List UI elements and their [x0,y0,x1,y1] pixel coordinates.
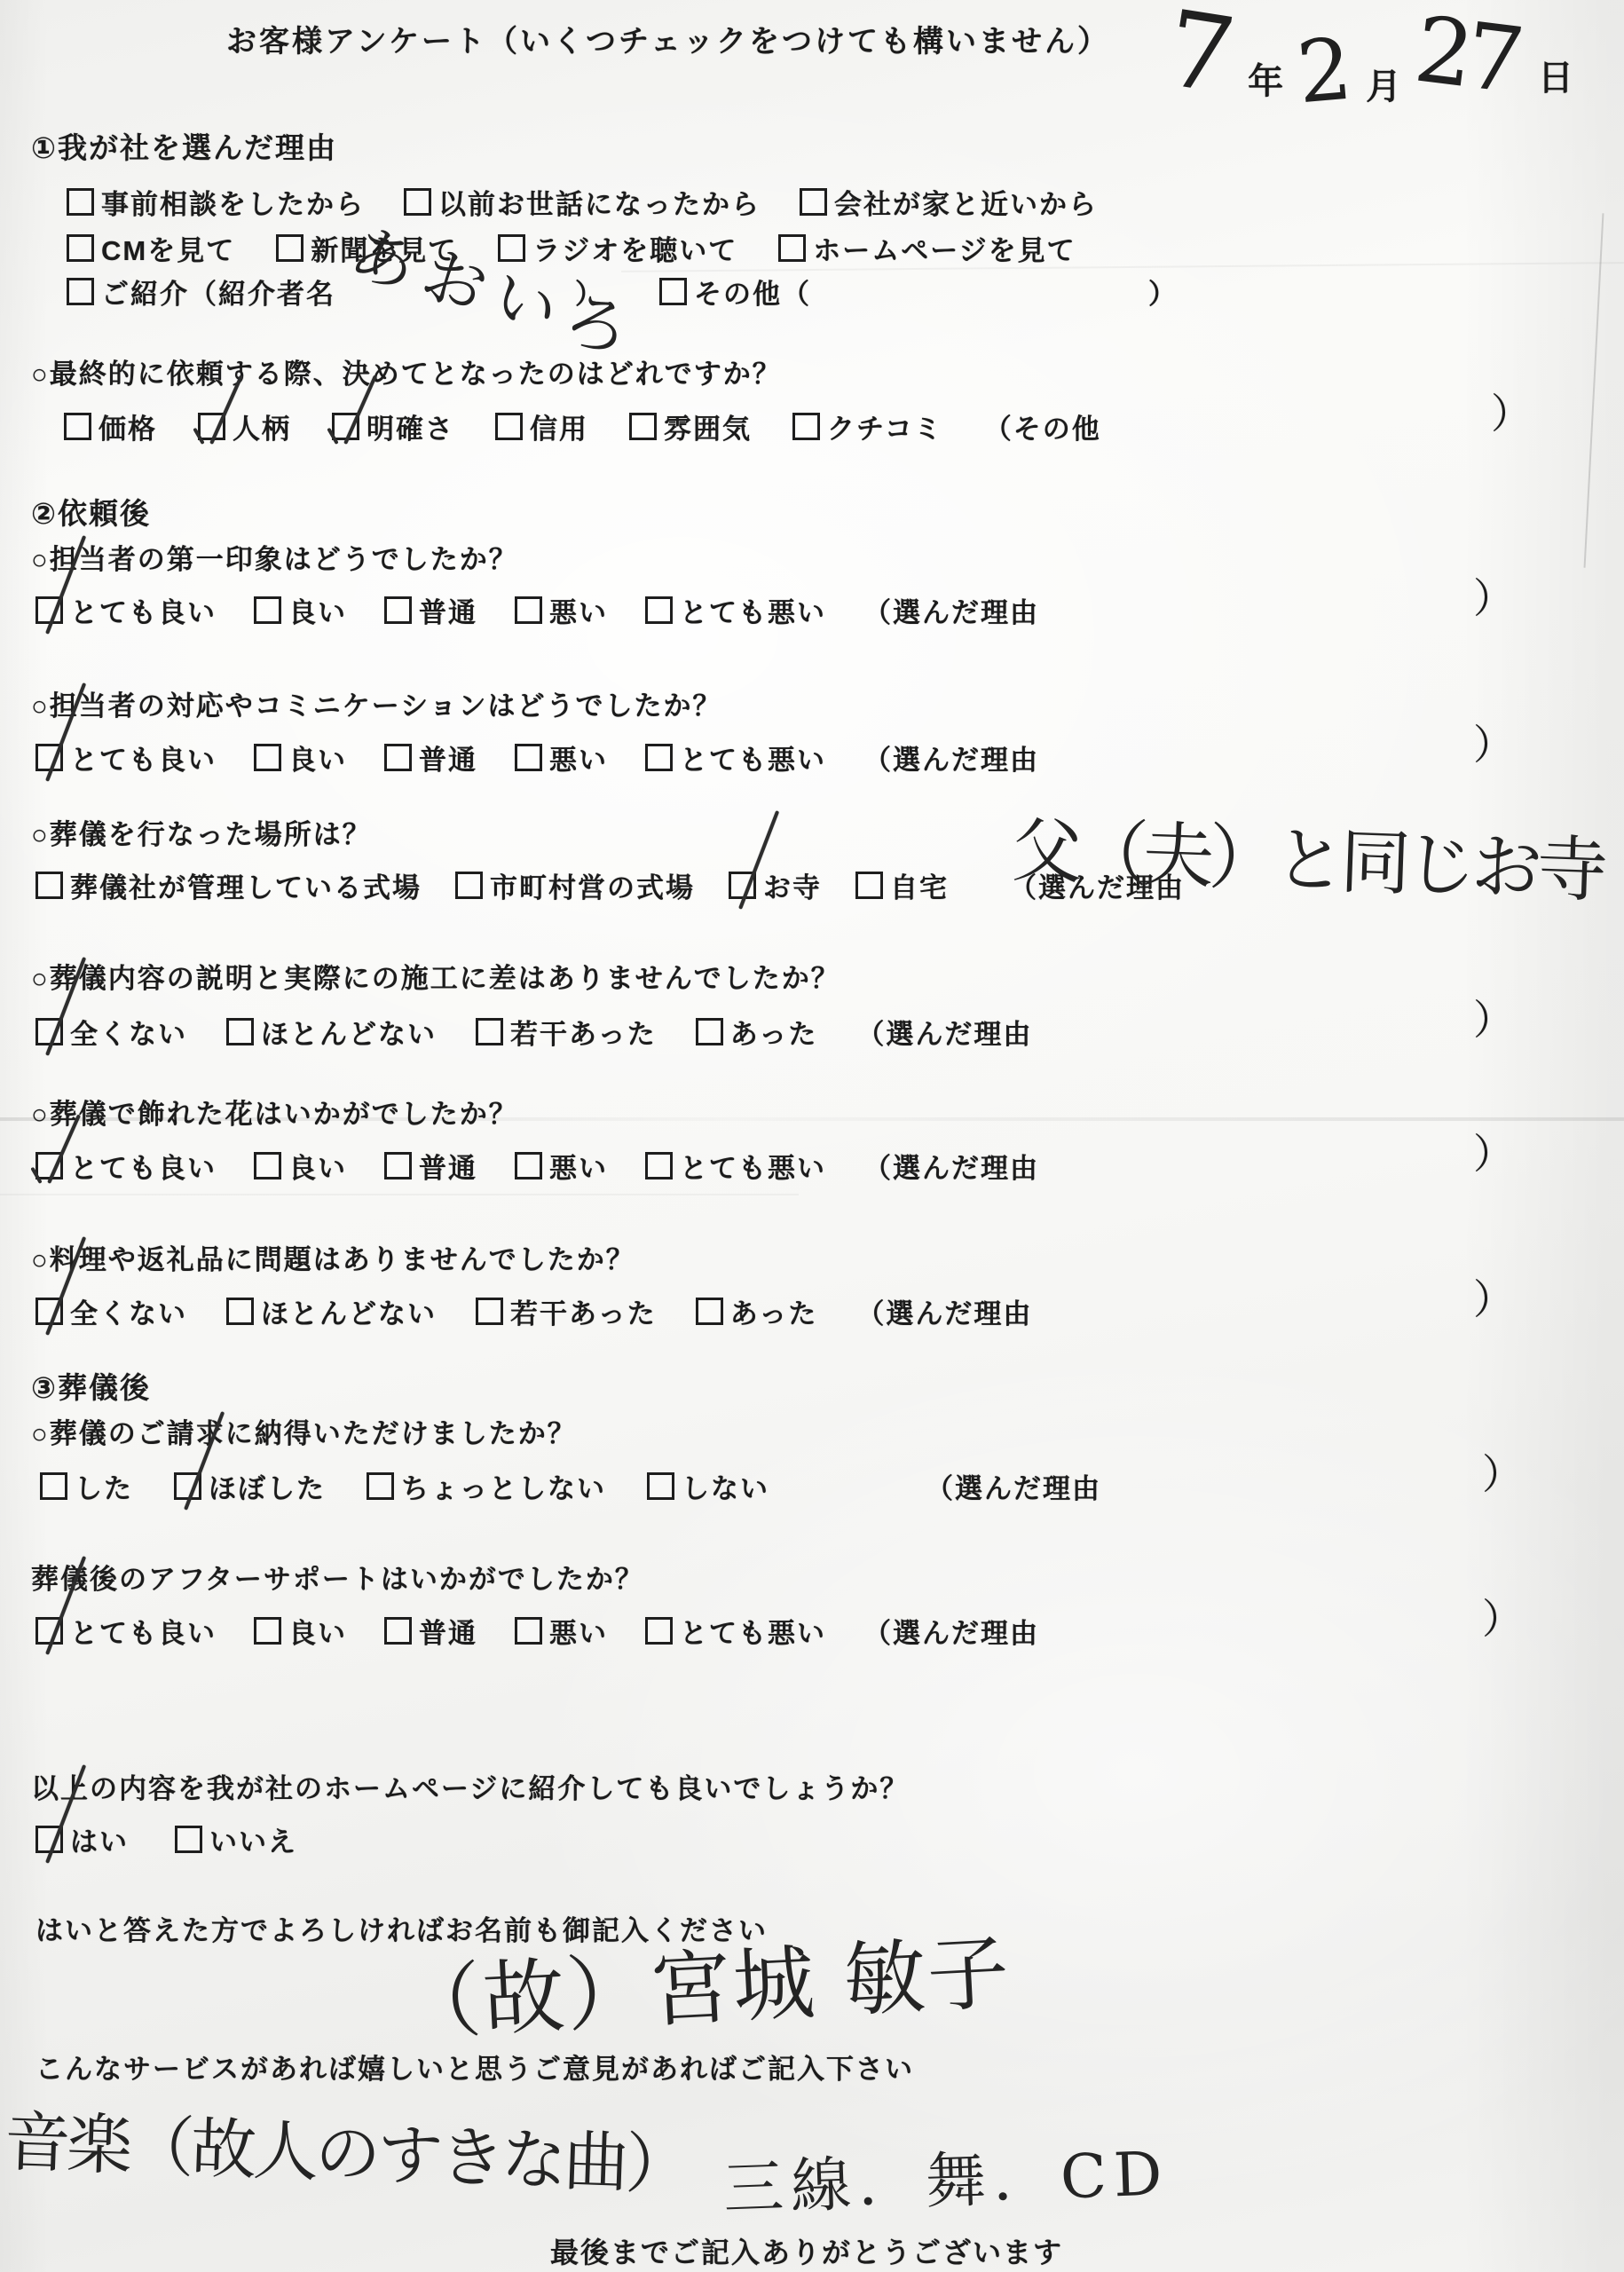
section1-reasons-row2: CMを見て 新聞を見て ラジオを聴いて ホームページを見て [67,228,1076,268]
checkbox[interactable] [645,1617,673,1645]
option-radio: ラジオを聴いて [498,228,737,268]
section1-heading: ①我が社を選んだ理由 [31,131,337,165]
checkbox[interactable] [35,1018,63,1045]
checkbox[interactable] [645,596,673,624]
checkbox[interactable] [254,596,281,624]
option-municipal-hall: 市町村営の式場 [455,865,695,905]
option-label: 以前お世話になったから [438,182,761,222]
option-very-bad: とても悪い [645,590,826,630]
checkbox[interactable] [35,872,63,899]
option-word-of-mouth: クチコミ [792,406,943,446]
reason-label: （選んだ理由 [926,1466,1101,1506]
option-good: 良い [254,590,347,630]
option-temple: お寺 [729,865,822,905]
checkbox[interactable] [778,234,806,262]
checkbox[interactable] [495,413,523,440]
option-good: 良い [254,738,347,777]
reason-label: （選んだ理由 [856,1291,1032,1331]
option-label: 良い [288,1611,347,1651]
option-clarity: 明確さ [332,406,454,446]
handwritten-place-reason: 父（夫）と同じお寺 [1011,815,1604,906]
checkbox[interactable] [659,278,687,305]
page-title: お客様アンケート（いくつチェックをつけても構いません） [226,25,1110,59]
option-label: 信用 [530,406,588,446]
checkbox[interactable] [35,1298,63,1325]
option-bad: 悪い [515,738,608,777]
checkbox[interactable] [515,1152,542,1179]
question-billing: ○葬儀のご請求に納得いただけましたか？ [31,1418,577,1450]
option-price: 価格 [64,406,157,446]
option-label: 明確さ [367,406,454,446]
option-label: とても良い [70,590,217,630]
option-mostly-satisfied: ほぼした [174,1466,326,1506]
option-very-bad: とても悪い [645,1611,826,1651]
close-paren: ） [1491,382,1532,440]
other-label: （その他 [984,406,1101,446]
option-yes: はい [35,1819,129,1859]
checkbox[interactable] [332,413,359,440]
checkbox[interactable] [174,1472,201,1500]
impression-options: とても良い 良い 普通 悪い とても悪い （選んだ理由 [35,590,1039,630]
checkbox[interactable] [35,1617,63,1645]
scanned-survey-page: お客様アンケート（いくつチェックをつけても構いません） 7 年 2 月 27 日… [0,0,1624,2272]
reason-label: （選んだ理由 [856,1012,1032,1052]
option-label: 全くない [70,1291,187,1331]
food-options: 全くない ほとんどない 若干あった あった （選んだ理由 [35,1291,1032,1331]
checkbox[interactable] [629,413,657,440]
question-decide: ○最終的に依頼する際、決めてとなったのはどれですか？ [31,359,782,390]
option-trust: 信用 [495,406,588,446]
option-label: ほぼした [209,1466,326,1506]
option-label: 悪い [549,738,608,777]
checkbox[interactable] [792,413,820,440]
option-label: 悪い [549,590,608,630]
option-label: その他（ [694,272,811,312]
option-slightly-unsatisfied: ちょっとしない [367,1466,606,1506]
option-label: とても悪い [680,590,826,630]
option-label: とても悪い [680,1146,826,1186]
option-label: 葬儀社が管理している式場 [70,865,422,905]
close-paren: ） [1473,713,1514,771]
checkbox[interactable] [647,1472,674,1500]
checkbox[interactable] [384,1617,412,1645]
checkbox[interactable] [696,1298,723,1325]
checkbox[interactable] [515,744,542,771]
checkbox[interactable] [384,596,412,624]
checkbox[interactable] [35,1826,63,1853]
section1-reasons-row1: 事前相談をしたから 以前お世話になったから 会社が家と近いから [67,182,1098,222]
question-homepage-permission: 以上の内容を我が社のホームページに紹介しても良いでしょうか？ [31,1773,909,1805]
option-label: 若干あった [510,1012,657,1052]
option-almost-none: ほとんどない [226,1291,437,1331]
checkbox[interactable] [515,1617,542,1645]
reason-label: （選んだ理由 [863,1146,1039,1186]
option-normal: 普通 [384,1611,477,1651]
option-slight: 若干あった [476,1291,657,1331]
option-almost-none: ほとんどない [226,1012,437,1052]
option-company-hall: 葬儀社が管理している式場 [35,865,422,905]
option-pre-consult: 事前相談をしたから [67,182,365,222]
month-label: 月 [1366,59,1401,109]
option-satisfied: した [40,1466,133,1506]
handwritten-year: 7 [1159,0,1242,109]
support-options: とても良い 良い 普通 悪い とても悪い （選んだ理由 [35,1611,1039,1651]
option-good: 良い [254,1611,347,1651]
question-gap: ○葬儀内容の説明と実際にの施工に差はありませんでしたか？ [31,963,840,995]
option-normal: 普通 [384,738,477,777]
checkbox[interactable] [367,1472,394,1500]
option-label: 事前相談をしたから [101,182,365,222]
option-none-at-all: 全くない [35,1291,187,1331]
year-label: 年 [1248,53,1283,104]
option-label: ほとんどない [261,1291,437,1331]
reason-label: （選んだ理由 [863,590,1039,630]
option-label: あった [730,1291,818,1331]
option-very-good: とても良い [35,590,217,630]
option-very-good: とても良い [35,1611,217,1651]
checkbox[interactable] [226,1298,254,1325]
option-label: はい [70,1819,129,1859]
survey-date: 7 年 2 月 27 日 [1167,0,1573,114]
option-homepage: ホームページを見て [778,228,1076,268]
option-previous-service: 以前お世話になったから [404,182,761,222]
option-none-at-all: 全くない [35,1012,187,1052]
checkbox[interactable] [198,413,225,440]
close-paren: ） [1148,272,1178,312]
checkbox[interactable] [35,744,63,771]
option-some: あった [696,1012,818,1052]
checkbox[interactable] [696,1018,723,1045]
option-very-bad: とても悪い [645,1146,826,1186]
checkbox[interactable] [855,872,883,899]
option-label: あった [730,1012,818,1052]
handwritten-service-suggestion: 音楽（故人のすきな曲） [4,2110,689,2199]
option-home: 自宅 [855,865,949,905]
handwritten-name: （故）宮城 敏子 [398,1932,1013,2046]
checkbox[interactable] [645,1152,673,1179]
option-label: とても良い [70,738,217,777]
communication-options: とても良い 良い 普通 悪い とても悪い （選んだ理由 [35,738,1039,777]
checkbox[interactable] [476,1298,503,1325]
checkbox[interactable] [254,744,281,771]
checkbox[interactable] [40,1472,67,1500]
reason-label: （選んだ理由 [863,1611,1039,1651]
close-paren: ） [1473,1267,1514,1326]
option-label: ほとんどない [261,1012,437,1052]
option-label: ご紹介（紹介者名 [101,272,335,312]
option-bad: 悪い [515,1611,608,1651]
checkbox[interactable] [64,413,91,440]
option-label: 普通 [419,1611,477,1651]
option-label: ラジオを聴いて [532,228,737,268]
close-paren: ） [1482,1442,1523,1501]
option-referral: ご紹介（紹介者名 [67,272,335,312]
option-normal: 普通 [384,590,477,630]
option-personality: 人柄 [198,406,291,446]
checkbox[interactable] [254,1617,281,1645]
handwritten-service-suggestion-detail: 三線．舞．CD [722,2144,1171,2220]
reason-label: （選んだ理由 [863,738,1039,777]
option-label: 良い [288,590,347,630]
closing-thanks: 最後までご記入ありがとうございます [550,2236,1063,2269]
checkbox[interactable] [384,744,412,771]
checkbox[interactable] [35,1152,63,1179]
option-bad: 悪い [515,590,608,630]
checkbox[interactable] [254,1152,281,1179]
question-communication: ○担当者の対応やコミニケーションはどうでしたか？ [31,690,721,722]
checkbox[interactable] [476,1018,503,1045]
option-label: クチコミ [827,406,943,446]
option-label: 悪い [549,1611,608,1651]
checkbox[interactable] [67,278,94,305]
option-tv-cm: CMを見て [67,228,235,268]
option-label: 全くない [70,1012,187,1052]
option-very-good: とても良い [35,738,217,777]
checkbox[interactable] [645,744,673,771]
section2-heading: ②依頼後 [31,497,151,531]
service-suggestion-prompt: こんなサービスがあれば嬉しいと思うご意見があればご記入下さい [35,2054,914,2086]
question-flowers: ○葬儀で飾れた花はいかがでしたか？ [31,1099,518,1131]
option-other-reason: その他（ [659,272,811,312]
checkbox[interactable] [455,872,483,899]
close-paren: ） [1482,1587,1523,1645]
option-company-near-home: 会社が家と近いから [800,182,1098,222]
option-label: とても良い [70,1611,217,1651]
option-label: しない [682,1466,769,1506]
option-slight: 若干あった [476,1012,657,1052]
option-no: いいえ [175,1819,297,1859]
option-normal: 普通 [384,1146,477,1186]
option-label: 若干あった [510,1291,657,1331]
close-paren: ） [1473,988,1514,1046]
option-label: とても良い [70,1146,217,1186]
option-label: した [75,1466,133,1506]
option-very-bad: とても悪い [645,738,826,777]
option-label: 普通 [419,590,477,630]
checkbox[interactable] [384,1152,412,1179]
handwritten-month: 2 [1294,27,1355,116]
name-prompt: はいと答えた方でよろしければお名前も御記入ください [35,1915,768,1947]
option-label: とても悪い [680,1611,826,1651]
option-very-good: とても良い [35,1146,217,1186]
checkbox[interactable] [175,1826,202,1853]
option-label: 自宅 [890,865,949,905]
option-some: あった [696,1291,818,1331]
checkbox[interactable] [276,234,304,262]
paper-edge-mark [1584,213,1604,568]
billing-options: した ほぼした ちょっとしない しない （選んだ理由 [40,1466,1101,1506]
option-bad: 悪い [515,1146,608,1186]
option-label: 会社が家と近いから [834,182,1098,222]
option-label: とても悪い [680,738,826,777]
option-label: 良い [288,1146,347,1186]
paper-crease [0,1194,799,1195]
question-support: 葬儀後のアフターサポートはいかがでしたか？ [31,1564,644,1596]
section3-heading: ③葬儀後 [31,1371,151,1405]
checkbox[interactable] [404,188,431,216]
checkbox[interactable] [67,234,94,262]
option-label: 市町村営の式場 [490,865,695,905]
option-label: ちょっとしない [401,1466,606,1506]
checkbox[interactable] [67,188,94,216]
option-label: 悪い [549,1146,608,1186]
checkbox[interactable] [515,596,542,624]
handwritten-day: 27 [1410,4,1521,106]
option-label: 普通 [419,738,477,777]
option-label: CMを見て [101,228,235,268]
checkbox[interactable] [729,872,756,899]
option-atmosphere: 雰囲気 [629,406,752,446]
flowers-options: とても良い 良い 普通 悪い とても悪い （選んだ理由 [35,1146,1039,1186]
option-label: 人柄 [233,406,291,446]
gap-options: 全くない ほとんどない 若干あった あった （選んだ理由 [35,1012,1032,1052]
option-label: 価格 [99,406,157,446]
question-place: ○葬儀を行なった場所は？ [31,819,372,851]
option-unsatisfied: しない [647,1466,769,1506]
option-label: ホームページを見て [813,228,1076,268]
option-label: 良い [288,738,347,777]
option-label: お寺 [763,865,822,905]
checkbox[interactable] [800,188,827,216]
option-label: 雰囲気 [664,406,752,446]
question-food: ○料理や返礼品に問題はありませんでしたか？ [31,1244,635,1276]
checkbox[interactable] [35,596,63,624]
option-label: いいえ [209,1819,297,1859]
option-label: 普通 [419,1146,477,1186]
option-good: 良い [254,1146,347,1186]
close-paren: ） [1473,566,1514,625]
close-paren: ） [1473,1122,1514,1180]
checkbox[interactable] [226,1018,254,1045]
decide-options: 価格 人柄 明確さ 信用 雰囲気 クチコミ （その他 [64,406,1101,446]
day-label: 日 [1538,50,1573,100]
homepage-options: はい いいえ [35,1819,297,1859]
question-impression: ○担当者の第一印象はどうでしたか？ [31,544,518,576]
